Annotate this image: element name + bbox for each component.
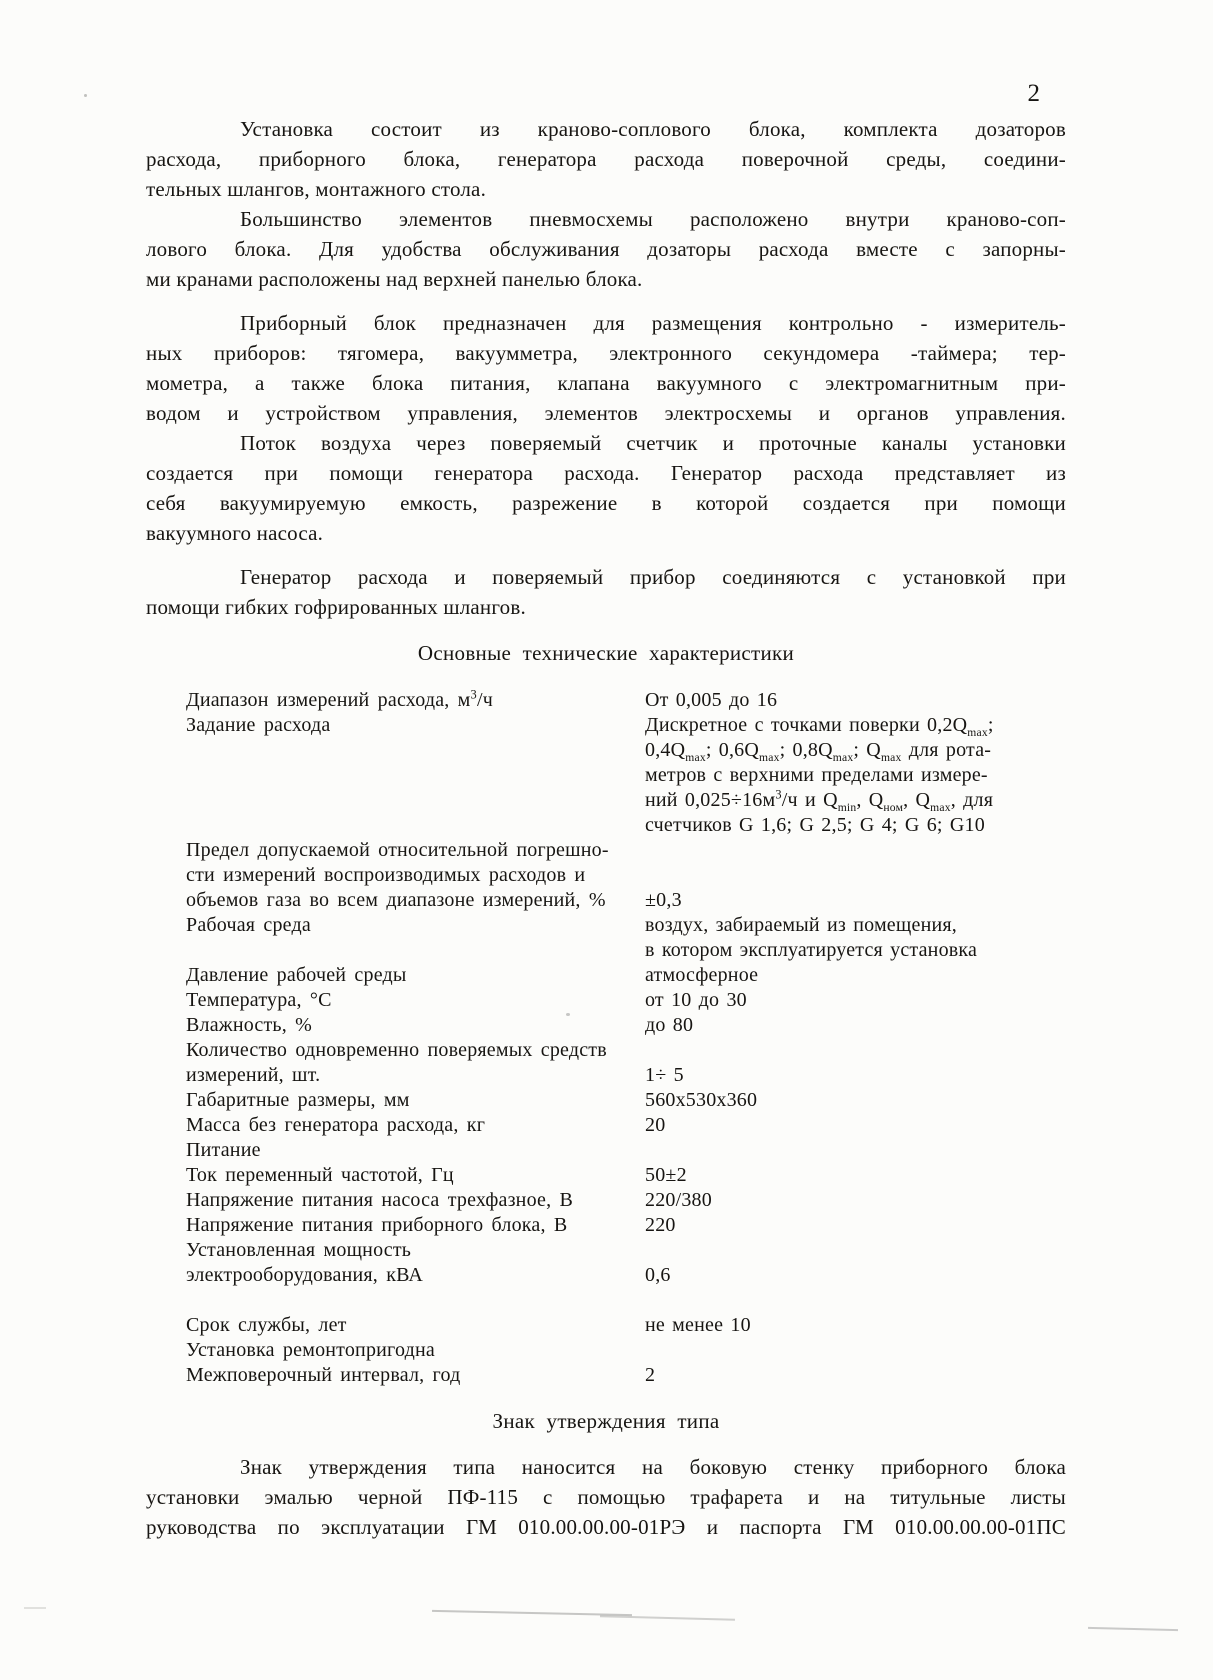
paragraph: Знак утверждения типа наносится на боков… [146,1452,1066,1542]
spec-label: Масса без генератора расхода, кг [186,1113,645,1138]
spec-value: 50±2 [645,1163,1066,1188]
paragraph: Генератор расхода и поверяемый прибор со… [146,562,1066,622]
spec-row: Установка ремонтопригодна [186,1338,1066,1363]
spec-row: Температура, °Сот 10 до 30 [186,988,1066,1013]
text-line: себя вакуумируемую емкость, разрежение в… [146,488,1066,518]
spec-row: Напряжение питания приборного блока, В22… [186,1213,1066,1238]
text-line: помощи гибких гофрированных шлангов. [146,592,1066,622]
page-content: 2 Установка состоит из краново-соплового… [0,0,1213,1542]
text-line: вакуумного насоса. [146,518,1066,548]
text-line: руководства по эксплуатации ГМ 010.00.00… [146,1512,1066,1542]
spec-row: Питание [186,1138,1066,1163]
section-title-tech-specs: Основные технические характеристики [146,638,1066,668]
text-line: Установка состоит из краново-соплового б… [146,114,1066,144]
spec-row: Предел допускаемой относительной погрешн… [186,838,1066,913]
spec-label: Установленная мощностьэлектрооборудовани… [186,1238,645,1288]
spec-value: 2 [645,1363,1066,1388]
spec-value: ±0,3 [645,888,1066,913]
spec-label: Рабочая среда [186,913,645,938]
spec-value: до 80 [645,1013,1066,1038]
spec-label: Задание расхода [186,713,645,738]
spec-value: Дискретное с точками поверки 0,2Qmax;0,4… [645,713,1066,838]
spec-row: Влажность, %до 80 [186,1013,1066,1038]
spec-value: воздух, забираемый из помещения,в которо… [645,913,1066,963]
spec-label: Диапазон измерений расхода, м3/ч [186,688,645,713]
spec-row: Диапазон измерений расхода, м3/чОт 0,005… [186,688,1066,713]
spec-label: Питание [186,1138,645,1163]
spec-label: Количество одновременно поверяемых средс… [186,1038,645,1088]
paragraph: Поток воздуха через поверяемый счетчик и… [146,428,1066,548]
spec-label: Установка ремонтопригодна [186,1338,645,1363]
spec-row: Срок службы, летне менее 10 [186,1313,1066,1338]
spec-value: 220/380 [645,1188,1066,1213]
text-line: Приборный блок предназначен для размещен… [146,308,1066,338]
text-line: Большинство элементов пневмосхемы распол… [146,204,1066,234]
text-line: Генератор расхода и поверяемый прибор со… [146,562,1066,592]
scan-speck [84,94,87,97]
spec-row: Габаритные размеры, мм560х530х360 [186,1088,1066,1113]
text-line: создается при помощи генератора расхода.… [146,458,1066,488]
approval-mark-paragraphs: Знак утверждения типа наносится на боков… [146,1452,1066,1542]
text-line: ных приборов: тягомера, вакуумметра, эле… [146,338,1066,368]
scan-artifact-line [1088,1627,1178,1631]
scan-artifact-line [24,1607,46,1609]
spec-value: 220 [645,1213,1066,1238]
spec-value: от 10 до 30 [645,988,1066,1013]
text-line: лового блока. Для удобства обслуживания … [146,234,1066,264]
spec-row: Давление рабочей средыатмосферное [186,963,1066,988]
specs-table: Диапазон измерений расхода, м3/чОт 0,005… [186,688,1066,1388]
spec-row: Масса без генератора расхода, кг20 [186,1113,1066,1138]
spec-value: атмосферное [645,963,1066,988]
text-line: установки эмалью черной ПФ-115 с помощью… [146,1482,1066,1512]
spec-value: 20 [645,1113,1066,1138]
spec-row: Установленная мощностьэлектрооборудовани… [186,1238,1066,1288]
scanned-document-page: 2 Установка состоит из краново-соплового… [0,0,1213,1680]
text-line: Знак утверждения типа наносится на боков… [146,1452,1066,1482]
spec-label: Напряжение питания приборного блока, В [186,1213,645,1238]
spec-value: 0,6 [645,1263,1066,1288]
spec-label: Межповерочный интервал, год [186,1363,645,1388]
text-line: Поток воздуха через поверяемый счетчик и… [146,428,1066,458]
section-title-approval-mark: Знак утверждения типа [146,1406,1066,1436]
page-number: 2 [146,80,1066,108]
spec-row: Межповерочный интервал, год2 [186,1363,1066,1388]
spec-label: Давление рабочей среды [186,963,645,988]
spec-label: Температура, °С [186,988,645,1013]
text-line: ми кранами расположены над верхней панел… [146,264,1066,294]
spec-row: Задание расходаДискретное с точками пове… [186,713,1066,838]
text-line: тельных шлангов, монтажного стола. [146,174,1066,204]
spec-label: Предел допускаемой относительной погрешн… [186,838,645,913]
text-line: мометра, а также блока питания, клапана … [146,368,1066,398]
spec-row: Напряжение питания насоса трехфазное, В2… [186,1188,1066,1213]
spec-label: Напряжение питания насоса трехфазное, В [186,1188,645,1213]
spec-label: Габаритные размеры, мм [186,1088,645,1113]
spec-row: Количество одновременно поверяемых средс… [186,1038,1066,1088]
paragraph: Большинство элементов пневмосхемы распол… [146,204,1066,294]
spec-label: Ток переменный частотой, Гц [186,1163,645,1188]
intro-paragraphs: Установка состоит из краново-соплового б… [146,114,1066,622]
spec-label: Влажность, % [186,1013,645,1038]
spec-value: 560х530х360 [645,1088,1066,1113]
paragraph: Приборный блок предназначен для размещен… [146,308,1066,428]
paragraph: Установка состоит из краново-соплового б… [146,114,1066,204]
spec-value: 1÷ 5 [645,1063,1066,1088]
spec-label: Срок службы, лет [186,1313,645,1338]
scan-artifact-line [600,1615,735,1621]
scan-speck [566,1013,570,1016]
spec-value: не менее 10 [645,1313,1066,1338]
spec-row: Рабочая средавоздух, забираемый из помещ… [186,913,1066,963]
spec-row: Ток переменный частотой, Гц50±2 [186,1163,1066,1188]
text-line: водом и устройством управления, элементо… [146,398,1066,428]
spec-value: От 0,005 до 16 [645,688,1066,713]
text-line: расхода, приборного блока, генератора ра… [146,144,1066,174]
